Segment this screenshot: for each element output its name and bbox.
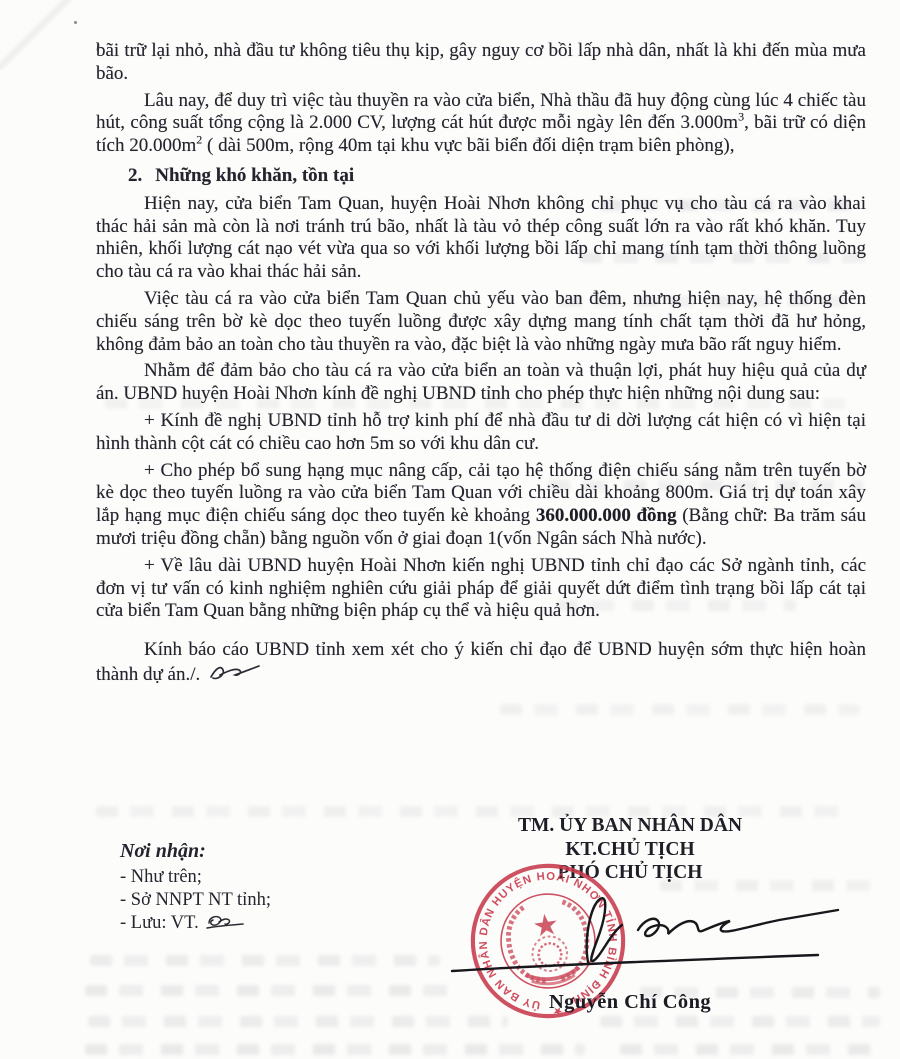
section-number: 2. — [128, 165, 142, 186]
scan-crease-artifact — [0, 0, 102, 70]
bleed-through-artifact — [600, 1016, 880, 1027]
paragraph-continued: bãi trữ lại nhỏ, nhà đầu tư không tiêu t… — [96, 40, 866, 86]
letter-body: bãi trữ lại nhỏ, nhà đầu tư không tiêu t… — [96, 40, 866, 691]
bleed-through-artifact — [90, 955, 440, 966]
bleed-through-artifact — [85, 985, 465, 996]
signer-name: Nguyễn Chí Công — [450, 991, 810, 1014]
recipient-item-text: - Lưu: VT. — [120, 913, 199, 933]
paragraph: Lâu nay, để duy trì việc tàu thuyền ra v… — [96, 90, 866, 158]
amount-bold: 360.000.000 đồng — [536, 505, 677, 526]
handwritten-signature — [430, 878, 860, 988]
paragraph-bullet: + Về lâu dài UBND huyện Hoài Nhơn kiến n… — [96, 555, 866, 623]
handwritten-initial — [208, 662, 262, 684]
recipient-item: - Lưu: VT. — [120, 912, 271, 935]
closing-paragraph: Kính báo cáo UBND tỉnh xem xét cho ý kiế… — [96, 639, 866, 687]
bleed-through-artifact — [620, 1044, 880, 1055]
recipient-item: - Như trên; — [120, 866, 271, 889]
recipient-item: - Sở NNPT NT tỉnh; — [120, 889, 271, 912]
bleed-through-artifact — [88, 1016, 508, 1027]
bleed-through-artifact — [500, 704, 860, 715]
scanned-official-letter: bãi trữ lại nhỏ, nhà đầu tư không tiêu t… — [0, 0, 900, 1059]
handwritten-initial — [205, 913, 245, 933]
paragraph-bullet: + Cho phép bổ sung hạng mục nâng cấp, cả… — [96, 460, 866, 551]
paragraph-bullet: + Kính đề nghị UBND tỉnh hỗ trợ kinh phí… — [96, 410, 866, 456]
recipients-block: Nơi nhận: - Như trên; - Sở NNPT NT tỉnh;… — [120, 840, 271, 935]
paragraph-text: ( dài 500m, rộng 40m tại khu vực bãi biể… — [202, 135, 734, 156]
scan-dot-artifact — [74, 21, 77, 24]
paragraph: Nhằm để đảm bảo cho tàu cá ra vào cửa bi… — [96, 360, 866, 406]
paragraph: Việc tàu cá ra vào cửa biển Tam Quan chủ… — [96, 288, 866, 356]
bleed-through-artifact — [85, 1044, 585, 1055]
recipients-label: Nơi nhận: — [120, 840, 271, 863]
section-title: Những khó khăn, tồn tại — [155, 165, 354, 186]
section-heading: 2.Những khó khăn, tồn tại — [96, 165, 866, 188]
paragraph: Hiện nay, cửa biển Tam Quan, huyện Hoài … — [96, 193, 866, 284]
signing-authority: TM. ỦY BAN NHÂN DÂN — [450, 814, 810, 838]
